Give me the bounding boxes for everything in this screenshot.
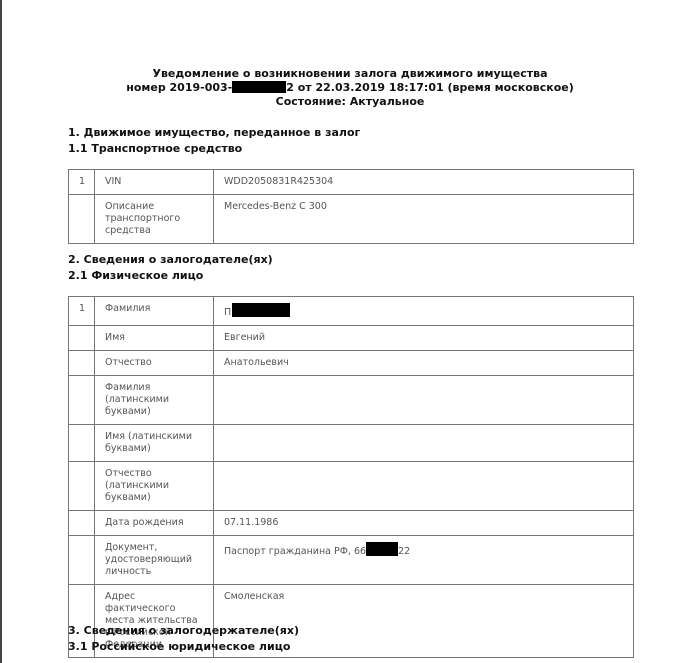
field-label: Отчество (латинскими буквами)	[95, 462, 214, 511]
row-number	[69, 425, 95, 462]
section-1-1-subtitle: 1.1 Транспортное средство	[68, 142, 242, 156]
section-3-title: 3. Сведения о залогодержателе(ях)	[68, 624, 299, 638]
field-value: Mercedes-Benz C 300	[214, 195, 634, 244]
notice-number: номер 2019-003-2 от 22.03.2019 18:17:01 …	[0, 81, 700, 95]
field-value	[214, 462, 634, 511]
table-row: 1 VIN WDD2050831R425304	[69, 170, 634, 195]
table-row: Отчество (латинскими буквами)	[69, 462, 634, 511]
table-row: Документ, удостоверяющий личность Паспор…	[69, 536, 634, 585]
section-3-1-subtitle: 3.1 Российское юридическое лицо	[68, 640, 290, 654]
redaction-block	[232, 81, 286, 93]
row-number	[69, 462, 95, 511]
field-value: Паспорт гражданина РФ, 6622	[214, 536, 634, 585]
field-label: Отчество	[95, 351, 214, 376]
field-label: Имя (латинскими буквами)	[95, 425, 214, 462]
row-number: 1	[69, 297, 95, 326]
notice-title: Уведомление о возникновении залога движи…	[0, 67, 700, 81]
field-value	[214, 376, 634, 425]
row-number: 1	[69, 170, 95, 195]
field-label: Фамилия (латинскими буквами)	[95, 376, 214, 425]
redaction-block	[232, 303, 290, 317]
row-number	[69, 376, 95, 425]
field-label: Описание транспортного средства	[95, 195, 214, 244]
pledgor-table: 1 Фамилия П Имя Евгений Отчество Анатоль…	[68, 296, 634, 658]
field-label: Документ, удостоверяющий личность	[95, 536, 214, 585]
field-value: Анатольевич	[214, 351, 634, 376]
section-2-title: 2. Сведения о залогодателе(ях)	[68, 253, 273, 267]
row-number	[69, 536, 95, 585]
field-label: Фамилия	[95, 297, 214, 326]
row-number	[69, 326, 95, 351]
section-1-title: 1. Движимое имущество, переданное в зало…	[68, 126, 360, 140]
field-label: Дата рождения	[95, 511, 214, 536]
notice-header: Уведомление о возникновении залога движи…	[0, 67, 700, 109]
table-row: Имя (латинскими буквами)	[69, 425, 634, 462]
notice-status: Состояние: Актуальное	[0, 95, 700, 109]
field-value: 07.11.1986	[214, 511, 634, 536]
field-value: П	[214, 297, 634, 326]
table-row: 1 Фамилия П	[69, 297, 634, 326]
table-row: Фамилия (латинскими буквами)	[69, 376, 634, 425]
vehicle-table: 1 VIN WDD2050831R425304 Описание транспо…	[68, 169, 634, 244]
row-number	[69, 511, 95, 536]
field-value	[214, 425, 634, 462]
field-value: Евгений	[214, 326, 634, 351]
table-row: Имя Евгений	[69, 326, 634, 351]
redaction-block	[366, 542, 398, 556]
section-2-1-subtitle: 2.1 Физическое лицо	[68, 269, 203, 283]
field-label: Имя	[95, 326, 214, 351]
table-row: Дата рождения 07.11.1986	[69, 511, 634, 536]
field-label: VIN	[95, 170, 214, 195]
field-value: WDD2050831R425304	[214, 170, 634, 195]
row-number	[69, 195, 95, 244]
row-number	[69, 351, 95, 376]
table-row: Отчество Анатольевич	[69, 351, 634, 376]
table-row: Описание транспортного средства Mercedes…	[69, 195, 634, 244]
